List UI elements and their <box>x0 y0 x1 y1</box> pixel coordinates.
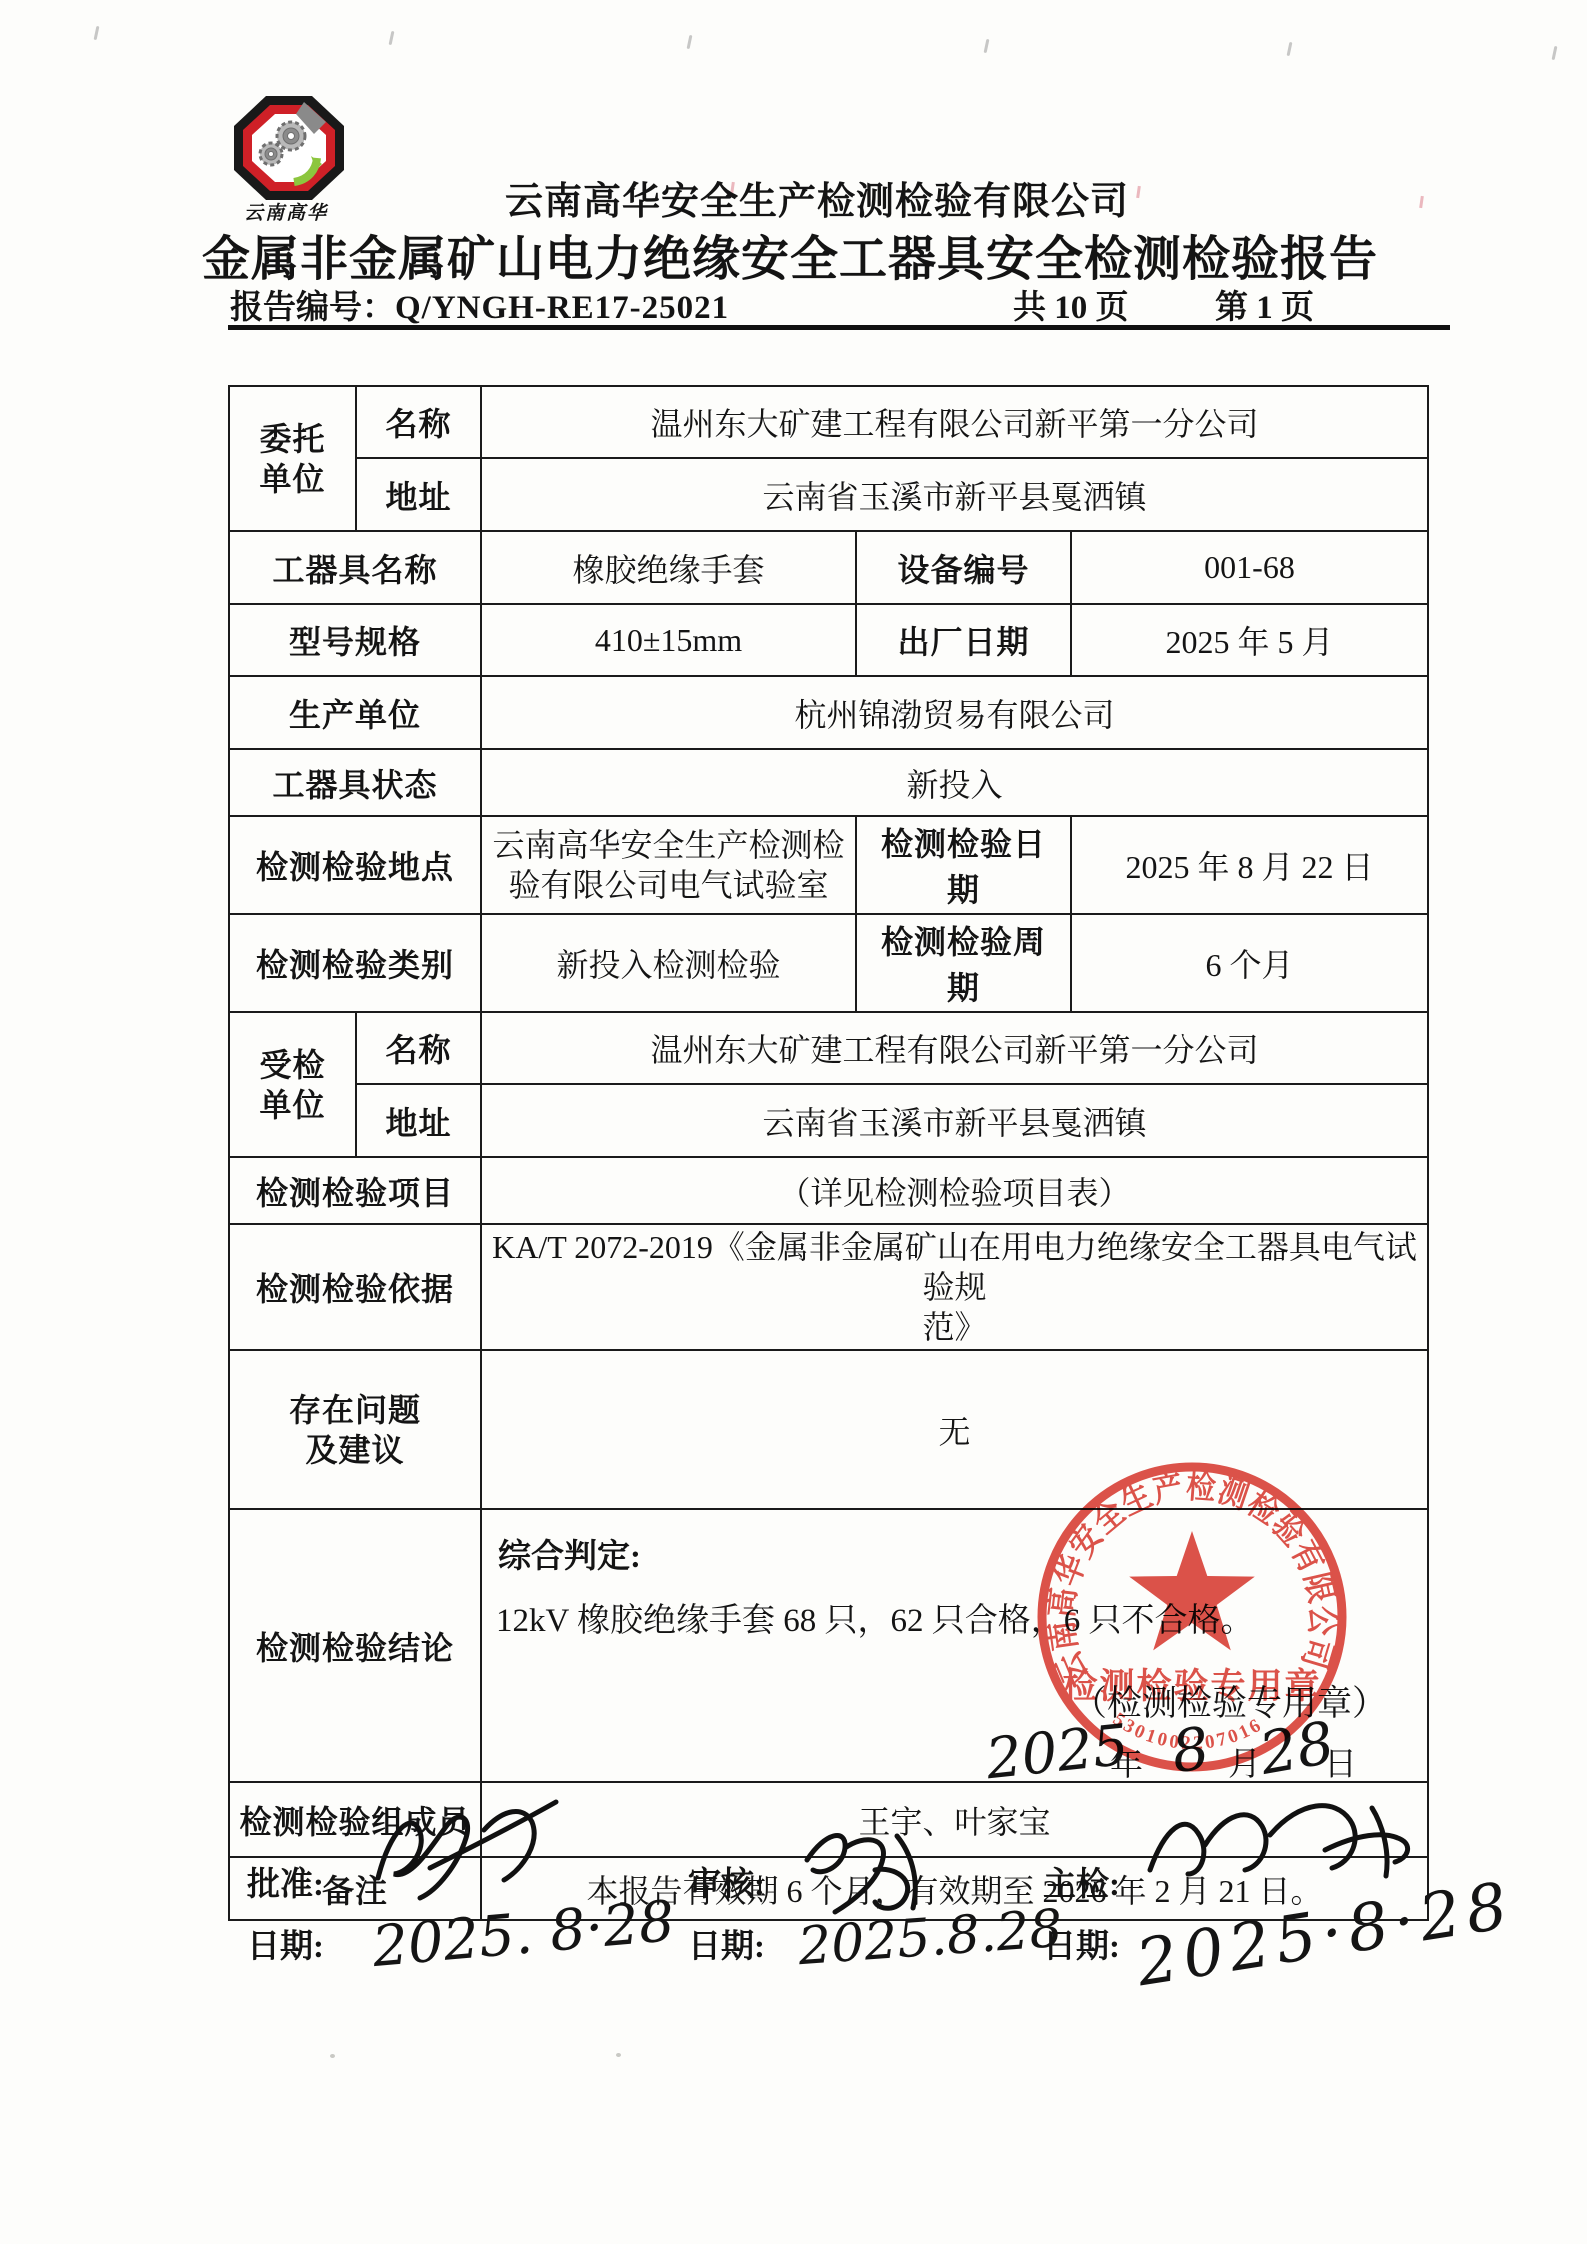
location-value: 云南高华安全生产检测检 验有限公司电气试验室 <box>481 816 856 914</box>
tool-name-label: 工器具名称 <box>229 531 481 604</box>
cycle-label: 检测检验周期 <box>856 914 1071 1012</box>
company-name: 云南高华安全生产检测检验有限公司 <box>505 170 1129 225</box>
tool-name-value: 橡胶绝缘手套 <box>481 531 856 604</box>
table-row: 检测检验项目 （详见检测检验项目表） <box>229 1157 1428 1224</box>
test-date-value: 2025 年 8 月 22 日 <box>1071 816 1428 914</box>
table-row: 生产单位 杭州锦渤贸易有限公司 <box>229 676 1428 749</box>
scan-speck <box>1419 196 1424 208</box>
inspected-unit-label: 受检 单位 <box>229 1012 356 1157</box>
table-row: 地址 云南省玉溪市新平县戛洒镇 <box>229 458 1428 531</box>
basis-value: KA/T 2072-2019《金属非金属矿山在用电力绝缘安全工器具电气试验规 范… <box>481 1224 1428 1350</box>
table-row: 检测检验类别 新投入检测检验 检测检验周期 6 个月 <box>229 914 1428 1012</box>
table-row: 检测检验结论 综合判定: 12kV 橡胶绝缘手套 68 只，62 只合格，6 只… <box>229 1509 1428 1782</box>
chief-label: 主检: <box>1043 1858 1120 1905</box>
report-meta-line: 报告编号：Q/YNGH-RE17-25021 共 10 页 第 1 页 <box>0 281 1587 321</box>
cycle-value: 6 个月 <box>1071 914 1428 1012</box>
report-number-label: 报告编号： <box>230 290 395 326</box>
category-label: 检测检验类别 <box>229 914 481 1012</box>
items-value: （详见检测检验项目表） <box>481 1157 1428 1224</box>
scan-dot <box>330 2054 335 2058</box>
conclusion-cell: 综合判定: 12kV 橡胶绝缘手套 68 只，62 只合格，6 只不合格。 （检… <box>481 1509 1428 1782</box>
document-page: 云南高华 云南高华安全生产检测检验有限公司 金属非金属矿山电力绝缘安全工器具安全… <box>0 0 1587 2244</box>
table-row: 检测检验依据 KA/T 2072-2019《金属非金属矿山在用电力绝缘安全工器具… <box>229 1224 1428 1350</box>
mfg-date-value: 2025 年 5 月 <box>1071 604 1428 676</box>
approve-label: 批准: <box>247 1858 324 1905</box>
device-no-value: 001-68 <box>1071 531 1428 604</box>
device-no-label: 设备编号 <box>856 531 1071 604</box>
conclusion-label: 检测检验结论 <box>229 1509 481 1782</box>
table-row: 地址 云南省玉溪市新平县戛洒镇 <box>229 1084 1428 1157</box>
day-label: 日 <box>1324 1738 1357 1782</box>
model-label: 型号规格 <box>229 604 481 676</box>
manufacturer-label: 生产单位 <box>229 676 481 749</box>
tool-state-value: 新投入 <box>481 749 1428 816</box>
model-value: 410±15mm <box>481 604 856 676</box>
scan-mark <box>984 39 990 53</box>
scan-mark <box>687 35 693 49</box>
table-row: 委托 单位 名称 温州东大矿建工程有限公司新平第一分公司 <box>229 386 1428 458</box>
company-logo <box>234 96 344 200</box>
approve-date-label: 日期: <box>247 1920 324 1967</box>
test-date-label: 检测检验日期 <box>856 816 1071 914</box>
conclusion-date: 2025 年 8 月 28 日 <box>482 1510 1427 1781</box>
review-label: 审核: <box>688 1858 765 1905</box>
scan-dot <box>616 2053 621 2057</box>
header-divider <box>228 325 1450 330</box>
problems-label: 存在问题 及建议 <box>229 1350 481 1509</box>
report-number-value: Q/YNGH-RE17-25021 <box>395 290 729 326</box>
basis-label: 检测检验依据 <box>229 1224 481 1350</box>
scan-mark <box>389 31 395 45</box>
total-pages: 共 10 页 <box>1013 281 1129 328</box>
client-address-label: 地址 <box>356 458 481 531</box>
table-row: 工器具名称 橡胶绝缘手套 设备编号 001-68 <box>229 531 1428 604</box>
problems-value: 无 <box>481 1350 1428 1509</box>
client-address-value: 云南省玉溪市新平县戛洒镇 <box>481 458 1428 531</box>
approver-signature <box>360 1796 575 1916</box>
review-date-label: 日期: <box>688 1920 765 1967</box>
year-label: 年 <box>1110 1738 1143 1782</box>
handwritten-month: 8 <box>1167 1714 1213 1782</box>
location-label: 检测检验地点 <box>229 816 481 914</box>
scan-mark <box>94 26 100 40</box>
table-row: 工器具状态 新投入 <box>229 749 1428 816</box>
inspected-name-label: 名称 <box>356 1012 481 1084</box>
inspected-address-label: 地址 <box>356 1084 481 1157</box>
scan-speck <box>1136 186 1141 198</box>
table-row: 存在问题 及建议 无 <box>229 1350 1428 1509</box>
scan-mark <box>1287 42 1293 56</box>
mfg-date-label: 出厂日期 <box>856 604 1071 676</box>
current-page: 第 1 页 <box>1215 281 1314 328</box>
category-value: 新投入检测检验 <box>481 914 856 1012</box>
table-row: 型号规格 410±15mm 出厂日期 2025 年 5 月 <box>229 604 1428 676</box>
report-table: 委托 单位 名称 温州东大矿建工程有限公司新平第一分公司 地址 云南省玉溪市新平… <box>228 385 1429 1921</box>
chief-date-label: 日期: <box>1043 1920 1120 1967</box>
inspected-name-value: 温州东大矿建工程有限公司新平第一分公司 <box>481 1012 1428 1084</box>
report-number: 报告编号：Q/YNGH-RE17-25021 <box>230 281 729 328</box>
tool-state-label: 工器具状态 <box>229 749 481 816</box>
scan-mark <box>1552 46 1558 60</box>
reviewer-signature <box>795 1818 945 1918</box>
month-label: 月 <box>1228 1738 1261 1782</box>
client-unit-label: 委托 单位 <box>229 386 356 531</box>
items-label: 检测检验项目 <box>229 1157 481 1224</box>
manufacturer-value: 杭州锦渤贸易有限公司 <box>481 676 1428 749</box>
inspected-address-value: 云南省玉溪市新平县戛洒镇 <box>481 1084 1428 1157</box>
chief-signature <box>1140 1788 1430 1903</box>
table-row: 受检 单位 名称 温州东大矿建工程有限公司新平第一分公司 <box>229 1012 1428 1084</box>
table-row: 检测检验地点 云南高华安全生产检测检 验有限公司电气试验室 检测检验日期 202… <box>229 816 1428 914</box>
client-name-value: 温州东大矿建工程有限公司新平第一分公司 <box>481 386 1428 458</box>
client-name-label: 名称 <box>356 386 481 458</box>
page-title: 金属非金属矿山电力绝缘安全工器具安全检测检验报告 <box>202 220 1378 289</box>
